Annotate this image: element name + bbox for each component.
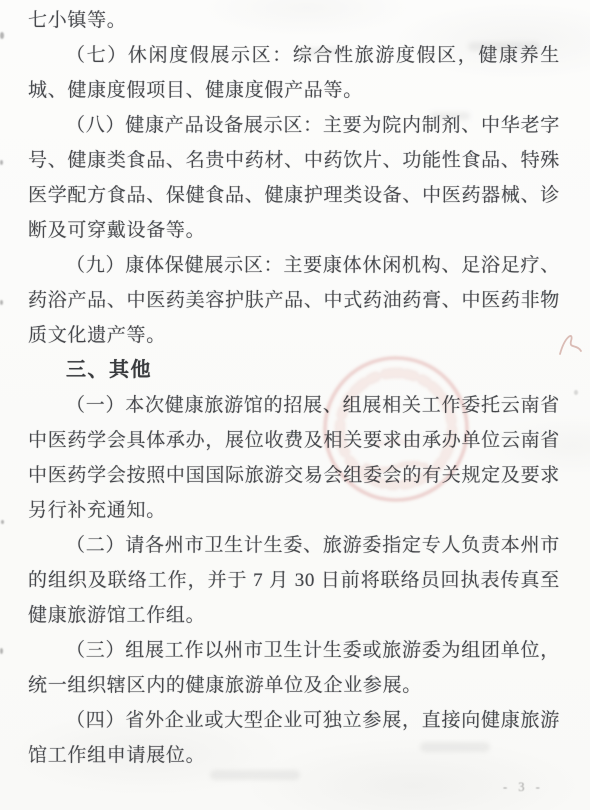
scan-speck [0, 300, 3, 305]
paragraph-other-2: （二）请各州市卫生计生委、旅游委指定专人负责本州市的组织及联络工作，并于 7 月… [28, 528, 560, 633]
bleed-through-mark [420, 742, 490, 752]
bleed-through-mark [468, 42, 540, 51]
bleed-through-mark [210, 770, 300, 780]
bleed-through-mark [430, 112, 470, 120]
section-heading-other: 三、其他 [28, 353, 560, 388]
document-text: 七小镇等。 （七）休闲度假展示区：综合性旅游度假区，健康养生城、健康度假项目、健… [28, 3, 560, 773]
document-page: 七小镇等。 （七）休闲度假展示区：综合性旅游度假区，健康养生城、健康度假项目、健… [0, 0, 590, 810]
scan-speck [0, 32, 4, 39]
paragraph-other-3: （三）组展工作以州市卫生计生委或旅游委为组团单位，统一组织辖区内的健康旅游单位及… [28, 633, 560, 703]
scan-speck [0, 648, 3, 654]
scan-speck [0, 160, 3, 165]
paragraph-other-4: （四）省外企业或大型企业可独立参展，直接向健康旅游馆工作组申请展位。 [28, 703, 560, 773]
bleed-through-mark [300, 48, 346, 56]
paragraph-continuation: 七小镇等。 [28, 3, 560, 38]
paragraph-other-1: （一）本次健康旅游馆的招展、组展相关工作委托云南省中医药学会具体承办，展位收费及… [28, 388, 560, 528]
scan-speck [1, 520, 4, 524]
pen-mark-icon [556, 328, 586, 364]
paragraph-section-9: （九）康体保健展示区：主要康体休闲机构、足浴足疗、药浴产品、中医药美容护肤产品、… [28, 248, 560, 353]
paragraph-section-8: （八）健康产品设备展示区：主要为院内制剂、中华老字号、健康类食品、名贵中药材、中… [28, 108, 560, 248]
scan-speck [574, 390, 578, 395]
page-number: - 3 - [503, 780, 544, 795]
